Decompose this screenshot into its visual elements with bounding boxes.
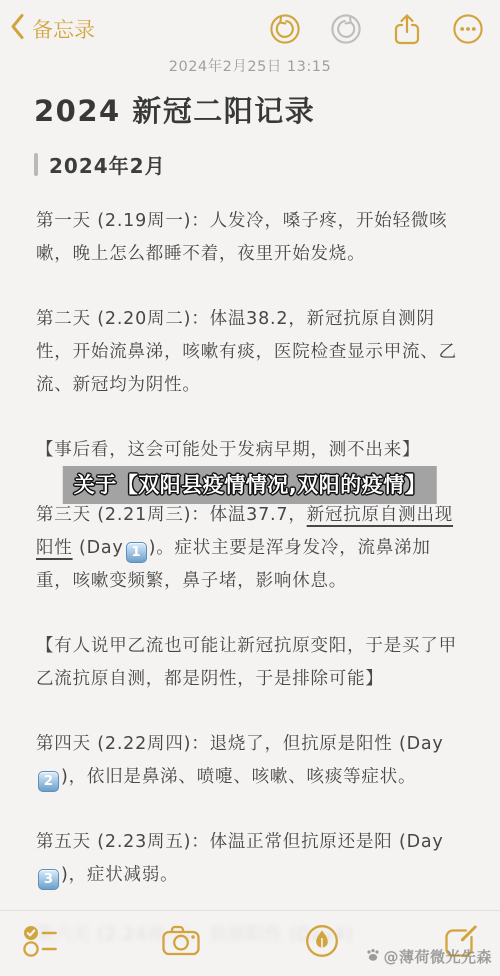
markup-pen-icon: [304, 923, 340, 959]
checklist-button[interactable]: [22, 924, 59, 958]
text-run: 【事后看，这会可能处于发病早期，测不出来】: [36, 440, 420, 460]
back-button[interactable]: 备忘录: [10, 13, 95, 45]
section-heading: 2024年2月: [34, 150, 466, 179]
paragraph: 第三天 (2.21周三)：体温37.7，新冠抗原自测出现阳性 (Day1)。症状…: [36, 499, 464, 598]
undo-icon: [269, 13, 301, 45]
text-run: )，症状减弱。: [61, 865, 178, 885]
paragraph: 【事后看，这会可能处于发病早期，测不出来】: [36, 434, 464, 467]
text-run: 第一天 (2.19周一)：人发冷，嗓子疼，开始轻微咳嗽，晚上怎么都睡不着，夜里开…: [36, 211, 447, 264]
watermark-paw-icon: [366, 948, 380, 966]
more-button[interactable]: [452, 13, 484, 45]
text-run: )，依旧是鼻涕、喷嚏、咳嗽、咳痰等症状。: [61, 767, 416, 787]
redo-icon: [330, 13, 362, 45]
redo-button[interactable]: [330, 13, 362, 45]
text-run: 第二天 (2.20周二)：体温38.2，新冠抗原自测阴性，开始流鼻涕，咳嗽有痰，…: [36, 309, 457, 395]
video-subtitle-overlay: 关于【双阳县疫情情况,双阳的疫情】: [63, 466, 437, 504]
chevron-left-icon: [10, 13, 25, 45]
text-run: 第四天 (2.22周四)：退烧了，但抗原是阳性 (Day: [36, 734, 444, 754]
day-keycap-badge: 1: [126, 542, 147, 563]
watermark-label: @薄荷微光先森: [383, 946, 492, 967]
note-title[interactable]: 2024 新冠二阳记录: [34, 89, 466, 130]
back-label: 备忘录: [32, 14, 95, 44]
nav-actions: [269, 12, 484, 46]
text-run: 第三天 (2.21周三)：体温37.7，: [36, 505, 307, 525]
camera-button[interactable]: [161, 924, 201, 957]
day-keycap-badge: 2: [38, 771, 59, 792]
checklist-icon: [22, 924, 59, 958]
paragraph: 【有人说甲乙流也可能让新冠抗原变阳，于是买了甲乙流抗原自测，都是阴性，于是排除可…: [36, 630, 464, 696]
text-run: 第五天 (2.23周五)：体温正常但抗原还是阳 (Day: [36, 832, 444, 852]
section-quote-bar: [34, 153, 38, 176]
note-timestamp: 2024年2月25日 13:15: [0, 55, 500, 76]
share-button[interactable]: [391, 12, 423, 46]
undo-button[interactable]: [269, 13, 301, 45]
paragraph: 第四天 (2.22周四)：退烧了，但抗原是阳性 (Day2)，依旧是鼻涕、喷嚏、…: [36, 728, 464, 794]
nav-bar: 备忘录: [0, 0, 500, 46]
paragraph: 第一天 (2.19周一)：人发冷，嗓子疼，开始轻微咳嗽，晚上怎么都睡不着，夜里开…: [36, 205, 464, 271]
share-icon: [391, 12, 423, 46]
day-keycap-badge: 3: [38, 869, 59, 890]
markup-button[interactable]: [304, 923, 340, 959]
text-run: (Day: [73, 538, 124, 558]
notes-app-window: 备忘录: [0, 0, 500, 976]
paragraph: 第二天 (2.20周二)：体温38.2，新冠抗原自测阴性，开始流鼻涕，咳嗽有痰，…: [36, 303, 464, 402]
section-heading-label: 2024年2月: [49, 150, 166, 179]
text-run: 【有人说甲乙流也可能让新冠抗原变阳，于是买了甲乙流抗原自测，都是阴性，于是排除可…: [36, 636, 457, 689]
camera-icon: [161, 924, 201, 957]
note-body[interactable]: 第一天 (2.19周一)：人发冷，嗓子疼，开始轻微咳嗽，晚上怎么都睡不着，夜里开…: [36, 205, 464, 892]
ellipsis-icon: [452, 13, 484, 45]
paragraph: 第五天 (2.23周五)：体温正常但抗原还是阳 (Day3)，症状减弱。: [36, 826, 464, 892]
watermark: @薄荷微光先森: [366, 946, 492, 967]
